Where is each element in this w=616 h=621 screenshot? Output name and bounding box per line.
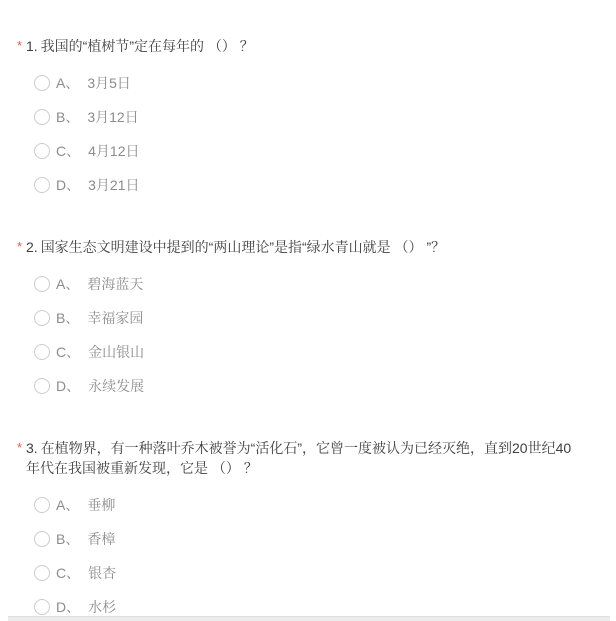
option-row-q3-b[interactable]: B、 香樟 <box>34 529 582 549</box>
question-3: *3.在植物界，有一种落叶乔木被誉为“活化石”，它曾一度被认为已经灭绝，直到20… <box>26 438 582 617</box>
radio-button[interactable] <box>34 276 50 292</box>
option-row-q2-b[interactable]: B、 幸福家园 <box>34 308 582 328</box>
option-letter: D、 <box>56 175 80 195</box>
option-text: 金山银山 <box>88 342 144 362</box>
question-number: 3. <box>26 440 38 456</box>
question-2-title: *2.国家生态文明建设中提到的“两山理论”是指“绿水青山就是 （） ”？ <box>26 237 578 257</box>
question-1-options: A、 3月5日 B、 3月12日 C、 4月12日 D、 3月21日 <box>34 73 582 195</box>
question-3-title: *3.在植物界，有一种落叶乔木被誉为“活化石”，它曾一度被认为已经灭绝，直到20… <box>26 438 578 478</box>
option-row-q2-c[interactable]: C、 金山银山 <box>34 342 582 362</box>
option-row-q3-a[interactable]: A、 垂柳 <box>34 495 582 515</box>
question-text: 国家生态文明建设中提到的“两山理论”是指“绿水青山就是 （） ”？ <box>41 239 445 255</box>
question-3-options: A、 垂柳 B、 香樟 C、 银杏 D、 水杉 <box>34 495 582 617</box>
question-1: *1.我国的“植树节”定在每年的 （） ？ A、 3月5日 B、 3月12日 C… <box>26 36 582 195</box>
option-letter: C、 <box>56 342 80 362</box>
question-1-title: *1.我国的“植树节”定在每年的 （） ？ <box>26 36 578 56</box>
option-text: 银杏 <box>88 563 116 583</box>
question-list: *1.我国的“植树节”定在每年的 （） ？ A、 3月5日 B、 3月12日 C… <box>0 0 616 617</box>
option-letter: B、 <box>56 308 79 328</box>
required-asterisk: * <box>17 36 22 56</box>
option-letter: D、 <box>56 597 80 617</box>
option-row-q1-a[interactable]: A、 3月5日 <box>34 73 582 93</box>
radio-button[interactable] <box>34 75 50 91</box>
option-letter: A、 <box>56 73 79 93</box>
survey-page: *1.我国的“植树节”定在每年的 （） ？ A、 3月5日 B、 3月12日 C… <box>0 0 616 621</box>
question-number: 1. <box>26 38 38 54</box>
option-row-q2-a[interactable]: A、 碧海蓝天 <box>34 274 582 294</box>
option-row-q3-c[interactable]: C、 银杏 <box>34 563 582 583</box>
radio-button[interactable] <box>34 143 50 159</box>
option-letter: D、 <box>56 376 80 396</box>
radio-button[interactable] <box>34 531 50 547</box>
option-row-q3-d[interactable]: D、 水杉 <box>34 597 582 617</box>
page-bottom-edge <box>8 616 610 621</box>
option-row-q1-b[interactable]: B、 3月12日 <box>34 107 582 127</box>
radio-button[interactable] <box>34 565 50 581</box>
radio-button[interactable] <box>34 599 50 615</box>
radio-button[interactable] <box>34 378 50 394</box>
radio-button[interactable] <box>34 497 50 513</box>
option-text: 水杉 <box>88 597 116 617</box>
required-asterisk: * <box>17 237 22 257</box>
option-text: 3月5日 <box>87 73 131 93</box>
option-text: 3月12日 <box>87 107 138 127</box>
radio-button[interactable] <box>34 344 50 360</box>
option-text: 4月12日 <box>88 141 139 161</box>
option-letter: C、 <box>56 141 80 161</box>
question-2-options: A、 碧海蓝天 B、 幸福家园 C、 金山银山 D、 永续发展 <box>34 274 582 396</box>
option-letter: A、 <box>56 495 79 515</box>
option-text: 3月21日 <box>88 175 139 195</box>
option-text: 幸福家园 <box>87 308 143 328</box>
option-row-q2-d[interactable]: D、 永续发展 <box>34 376 582 396</box>
option-row-q1-d[interactable]: D、 3月21日 <box>34 175 582 195</box>
option-text: 香樟 <box>87 529 115 549</box>
option-letter: C、 <box>56 563 80 583</box>
option-text: 垂柳 <box>87 495 115 515</box>
option-letter: A、 <box>56 274 79 294</box>
option-letter: B、 <box>56 107 79 127</box>
question-2: *2.国家生态文明建设中提到的“两山理论”是指“绿水青山就是 （） ”？ A、 … <box>26 237 582 396</box>
radio-button[interactable] <box>34 109 50 125</box>
option-text: 碧海蓝天 <box>87 274 143 294</box>
required-asterisk: * <box>17 438 22 458</box>
radio-button[interactable] <box>34 310 50 326</box>
option-row-q1-c[interactable]: C、 4月12日 <box>34 141 582 161</box>
question-text: 我国的“植树节”定在每年的 （） ？ <box>41 38 254 54</box>
question-number: 2. <box>26 239 38 255</box>
question-text: 在植物界，有一种落叶乔木被誉为“活化石”，它曾一度被认为已经灭绝，直到20世纪4… <box>26 440 571 476</box>
radio-button[interactable] <box>34 177 50 193</box>
option-text: 永续发展 <box>88 376 144 396</box>
option-letter: B、 <box>56 529 79 549</box>
